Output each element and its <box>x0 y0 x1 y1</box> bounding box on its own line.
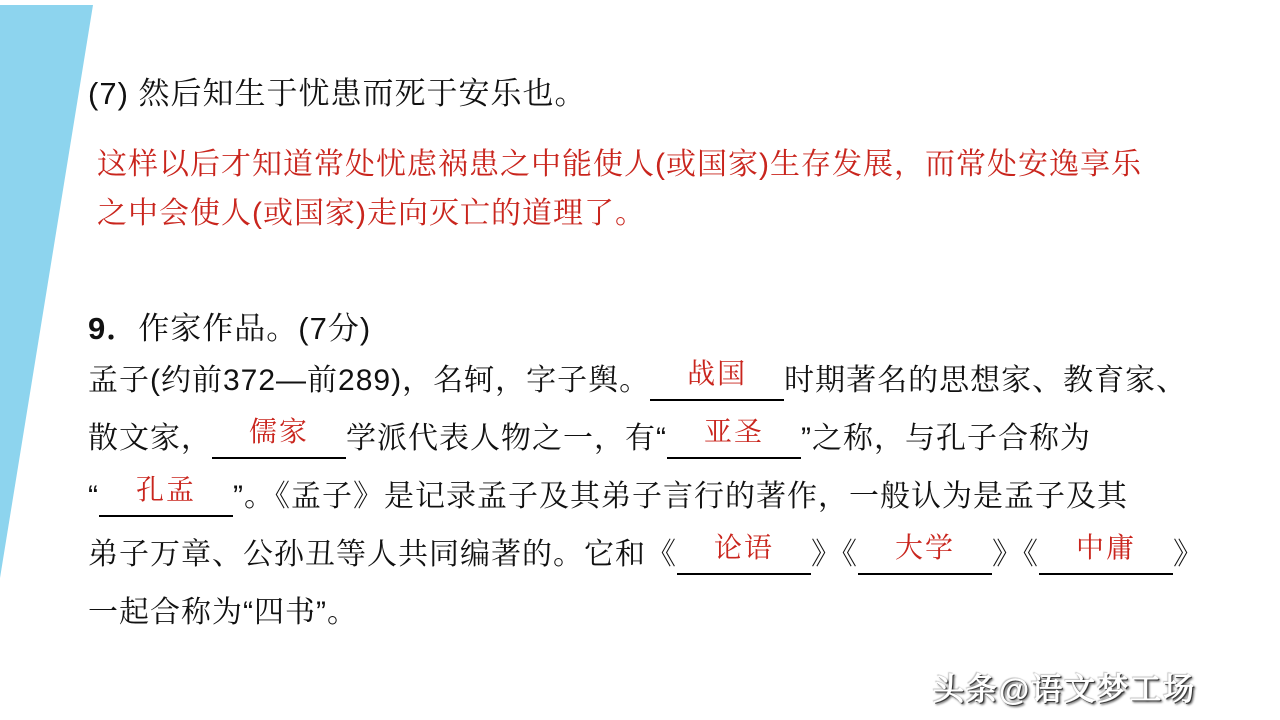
paragraph-line-5: 一起合称为“四书”。 <box>88 584 1238 642</box>
blank-answer: 大学 <box>895 526 955 566</box>
text-segment: 》《 <box>811 538 858 571</box>
paragraph-line-3: “孔孟”。《孟子》是记录孟子及其弟子言行的著作，一般认为是孟子及其 <box>88 468 1238 526</box>
question7-answer-line1: 这样以后才知道常处忧虑祸患之中能使人(或国家)生存发展，而常处安逸享乐 <box>97 140 1227 189</box>
text-segment: 散文家， <box>88 422 212 455</box>
blank-answer: 中庸 <box>1076 526 1136 566</box>
question7-answer: 这样以后才知道常处忧虑祸患之中能使人(或国家)生存发展，而常处安逸享乐 之中会使… <box>97 140 1227 238</box>
blank-zhanguo: 战国 <box>650 359 784 401</box>
text-segment: 弟子万章、公孙丑等人共同编著的。它和《 <box>88 538 677 571</box>
text-segment: “ <box>88 480 99 513</box>
question9-heading: 9．作家作品。(7分) <box>88 303 371 348</box>
text-segment: 学派代表人物之一，有“ <box>346 422 667 455</box>
blank-lunyu: 论语 <box>677 533 811 575</box>
text-segment: 》 <box>1173 538 1204 571</box>
blank-answer: 亚圣 <box>704 410 764 450</box>
paragraph-line-2: 散文家，儒家学派代表人物之一，有“亚圣”之称，与孔子合称为 <box>88 410 1238 468</box>
paragraph-line-4: 弟子万章、公孙丑等人共同编著的。它和《论语》《大学》《中庸》 <box>88 526 1238 584</box>
blank-answer: 孔孟 <box>136 468 196 508</box>
text-segment: ”之称，与孔子合称为 <box>801 422 1091 455</box>
blank-answer: 论语 <box>714 526 774 566</box>
text-segment: 一起合称为“四书”。 <box>88 596 358 629</box>
text-segment: ”。《孟子》是记录孟子及其弟子言行的著作，一般认为是孟子及其 <box>233 480 1128 513</box>
blank-rujia: 儒家 <box>212 417 346 459</box>
text-segment: 时期著名的思想家、教育家、 <box>784 364 1187 397</box>
question9-number: 9． <box>88 311 138 346</box>
question9-title: 作家作品。(7分) <box>138 311 371 346</box>
question9-paragraph: 孟子(约前372—前289)，名轲，字子舆。战国时期著名的思想家、教育家、 散文… <box>88 352 1238 642</box>
blank-zhongyong: 中庸 <box>1039 533 1173 575</box>
worksheet-slide: { "colors": { "stripe_blue": "#8dd4ee", … <box>0 0 1280 720</box>
blank-kongmeng: 孔孟 <box>99 475 233 517</box>
text-segment: 》《 <box>992 538 1039 571</box>
question7-answer-line2: 之中会使人(或国家)走向灭亡的道理了。 <box>97 189 1227 238</box>
blank-answer: 儒家 <box>249 410 309 450</box>
blank-yasheng: 亚圣 <box>667 417 801 459</box>
blank-daxue: 大学 <box>858 533 992 575</box>
watermark-toutiao: 头条@语文梦工场 <box>933 664 1196 709</box>
question7-prompt: (7) 然后知生于忧患而死于安乐也。 <box>88 68 587 113</box>
blank-answer: 战国 <box>687 352 747 392</box>
paragraph-line-1: 孟子(约前372—前289)，名轲，字子舆。战国时期著名的思想家、教育家、 <box>88 352 1238 410</box>
text-segment: 孟子(约前372—前289)，名轲，字子舆。 <box>88 364 650 397</box>
